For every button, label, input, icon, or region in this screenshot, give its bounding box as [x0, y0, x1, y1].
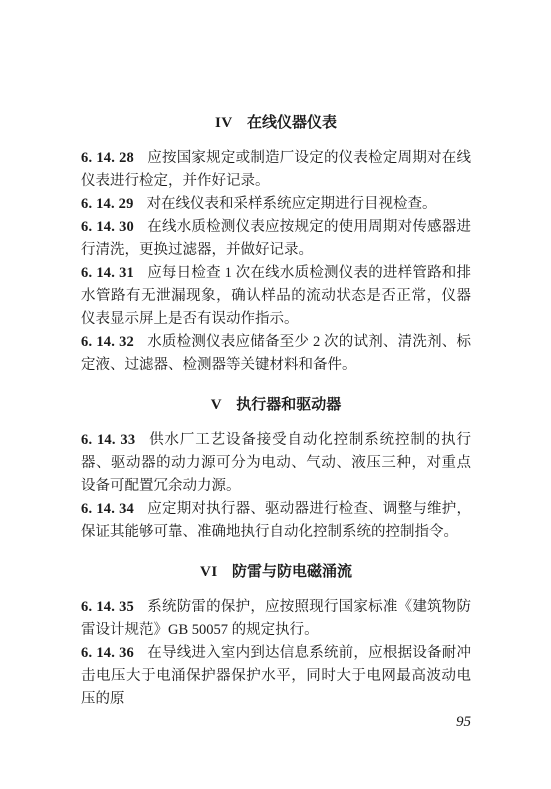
clause-text: 应每日检查 1 次在线水质检测仪表的进样管路和排水管路有无泄漏现象，确认样品的流…: [81, 265, 471, 327]
section-numeral: VI: [200, 564, 218, 580]
clause-text: 供水厂工艺设备接受自动化控制系统控制的执行器、驱动器的动力源可分为电动、气动、液…: [81, 432, 471, 494]
section-heading-online-instruments: IV在线仪器仪表: [81, 112, 471, 135]
clause-paragraph: 6. 14. 29对在线仪表和采样系统应定期进行目视检查。: [81, 193, 471, 216]
clause-number: 6. 14. 36: [81, 645, 134, 661]
clause-number: 6. 14. 30: [81, 219, 134, 235]
clause-number: 6. 14. 32: [81, 334, 134, 350]
page-content: IV在线仪器仪表 6. 14. 28应按国家规定或制造厂设定的仪表检定周期对在线…: [81, 112, 471, 734]
clause-text: 在线水质检测仪表应按规定的使用周期对传感器进行清洗，更换过滤器，并做好记录。: [81, 219, 471, 258]
clause-number: 6. 14. 35: [81, 599, 134, 615]
clause-text: 应按国家规定或制造厂设定的仪表检定周期对在线仪表进行检定，并作好记录。: [81, 150, 471, 189]
clause-paragraph: 6. 14. 33供水厂工艺设备接受自动化控制系统控制的执行器、驱动器的动力源可…: [81, 429, 471, 498]
clause-number: 6. 14. 31: [81, 265, 134, 281]
clause-text: 水质检测仪表应储备至少 2 次的试剂、清洗剂、标定液、过滤器、检测器等关键材料和…: [81, 334, 471, 373]
clause-number: 6. 14. 28: [81, 150, 134, 166]
clause-paragraph: 6. 14. 36在导线进入室内到达信息系统前，应根据设备耐冲击电压大于电涌保护…: [81, 642, 471, 711]
section-numeral: V: [211, 397, 222, 413]
clause-text: 系统防雷的保护，应按照现行国家标准《建筑物防雷设计规范》GB 50057 的规定…: [81, 599, 471, 638]
section-title: 防雷与防电磁涌流: [232, 564, 352, 580]
clause-number: 6. 14. 33: [81, 432, 135, 448]
clause-text: 对在线仪表和采样系统应定期进行目视检查。: [147, 196, 437, 212]
clause-text: 在导线进入室内到达信息系统前，应根据设备耐冲击电压大于电涌保护器保护水平，同时大…: [81, 645, 471, 707]
clause-paragraph: 6. 14. 31应每日检查 1 次在线水质检测仪表的进样管路和排水管路有无泄漏…: [81, 262, 471, 331]
clause-paragraph: 6. 14. 32水质检测仪表应储备至少 2 次的试剂、清洗剂、标定液、过滤器、…: [81, 331, 471, 377]
clause-text: 应定期对执行器、驱动器进行检查、调整与维护，保证其能够可靠、准确地执行自动化控制…: [81, 501, 471, 540]
clause-paragraph: 6. 14. 30在线水质检测仪表应按规定的使用周期对传感器进行清洗，更换过滤器…: [81, 216, 471, 262]
clause-number: 6. 14. 34: [81, 501, 134, 517]
section-title: 在线仪器仪表: [247, 115, 337, 131]
document-page: IV在线仪器仪表 6. 14. 28应按国家规定或制造厂设定的仪表检定周期对在线…: [0, 0, 551, 789]
clause-paragraph: 6. 14. 28应按国家规定或制造厂设定的仪表检定周期对在线仪表进行检定，并作…: [81, 147, 471, 193]
section-title: 执行器和驱动器: [236, 397, 341, 413]
section-numeral: IV: [215, 115, 233, 131]
clause-paragraph: 6. 14. 35系统防雷的保护，应按照现行国家标准《建筑物防雷设计规范》GB …: [81, 596, 471, 642]
section-heading-lightning-surge-protection: VI防雷与防电磁涌流: [81, 561, 471, 584]
clause-number: 6. 14. 29: [81, 196, 134, 212]
section-heading-actuators-drivers: V执行器和驱动器: [81, 394, 471, 417]
page-number: 95: [81, 711, 471, 734]
clause-paragraph: 6. 14. 34应定期对执行器、驱动器进行检查、调整与维护，保证其能够可靠、准…: [81, 498, 471, 544]
